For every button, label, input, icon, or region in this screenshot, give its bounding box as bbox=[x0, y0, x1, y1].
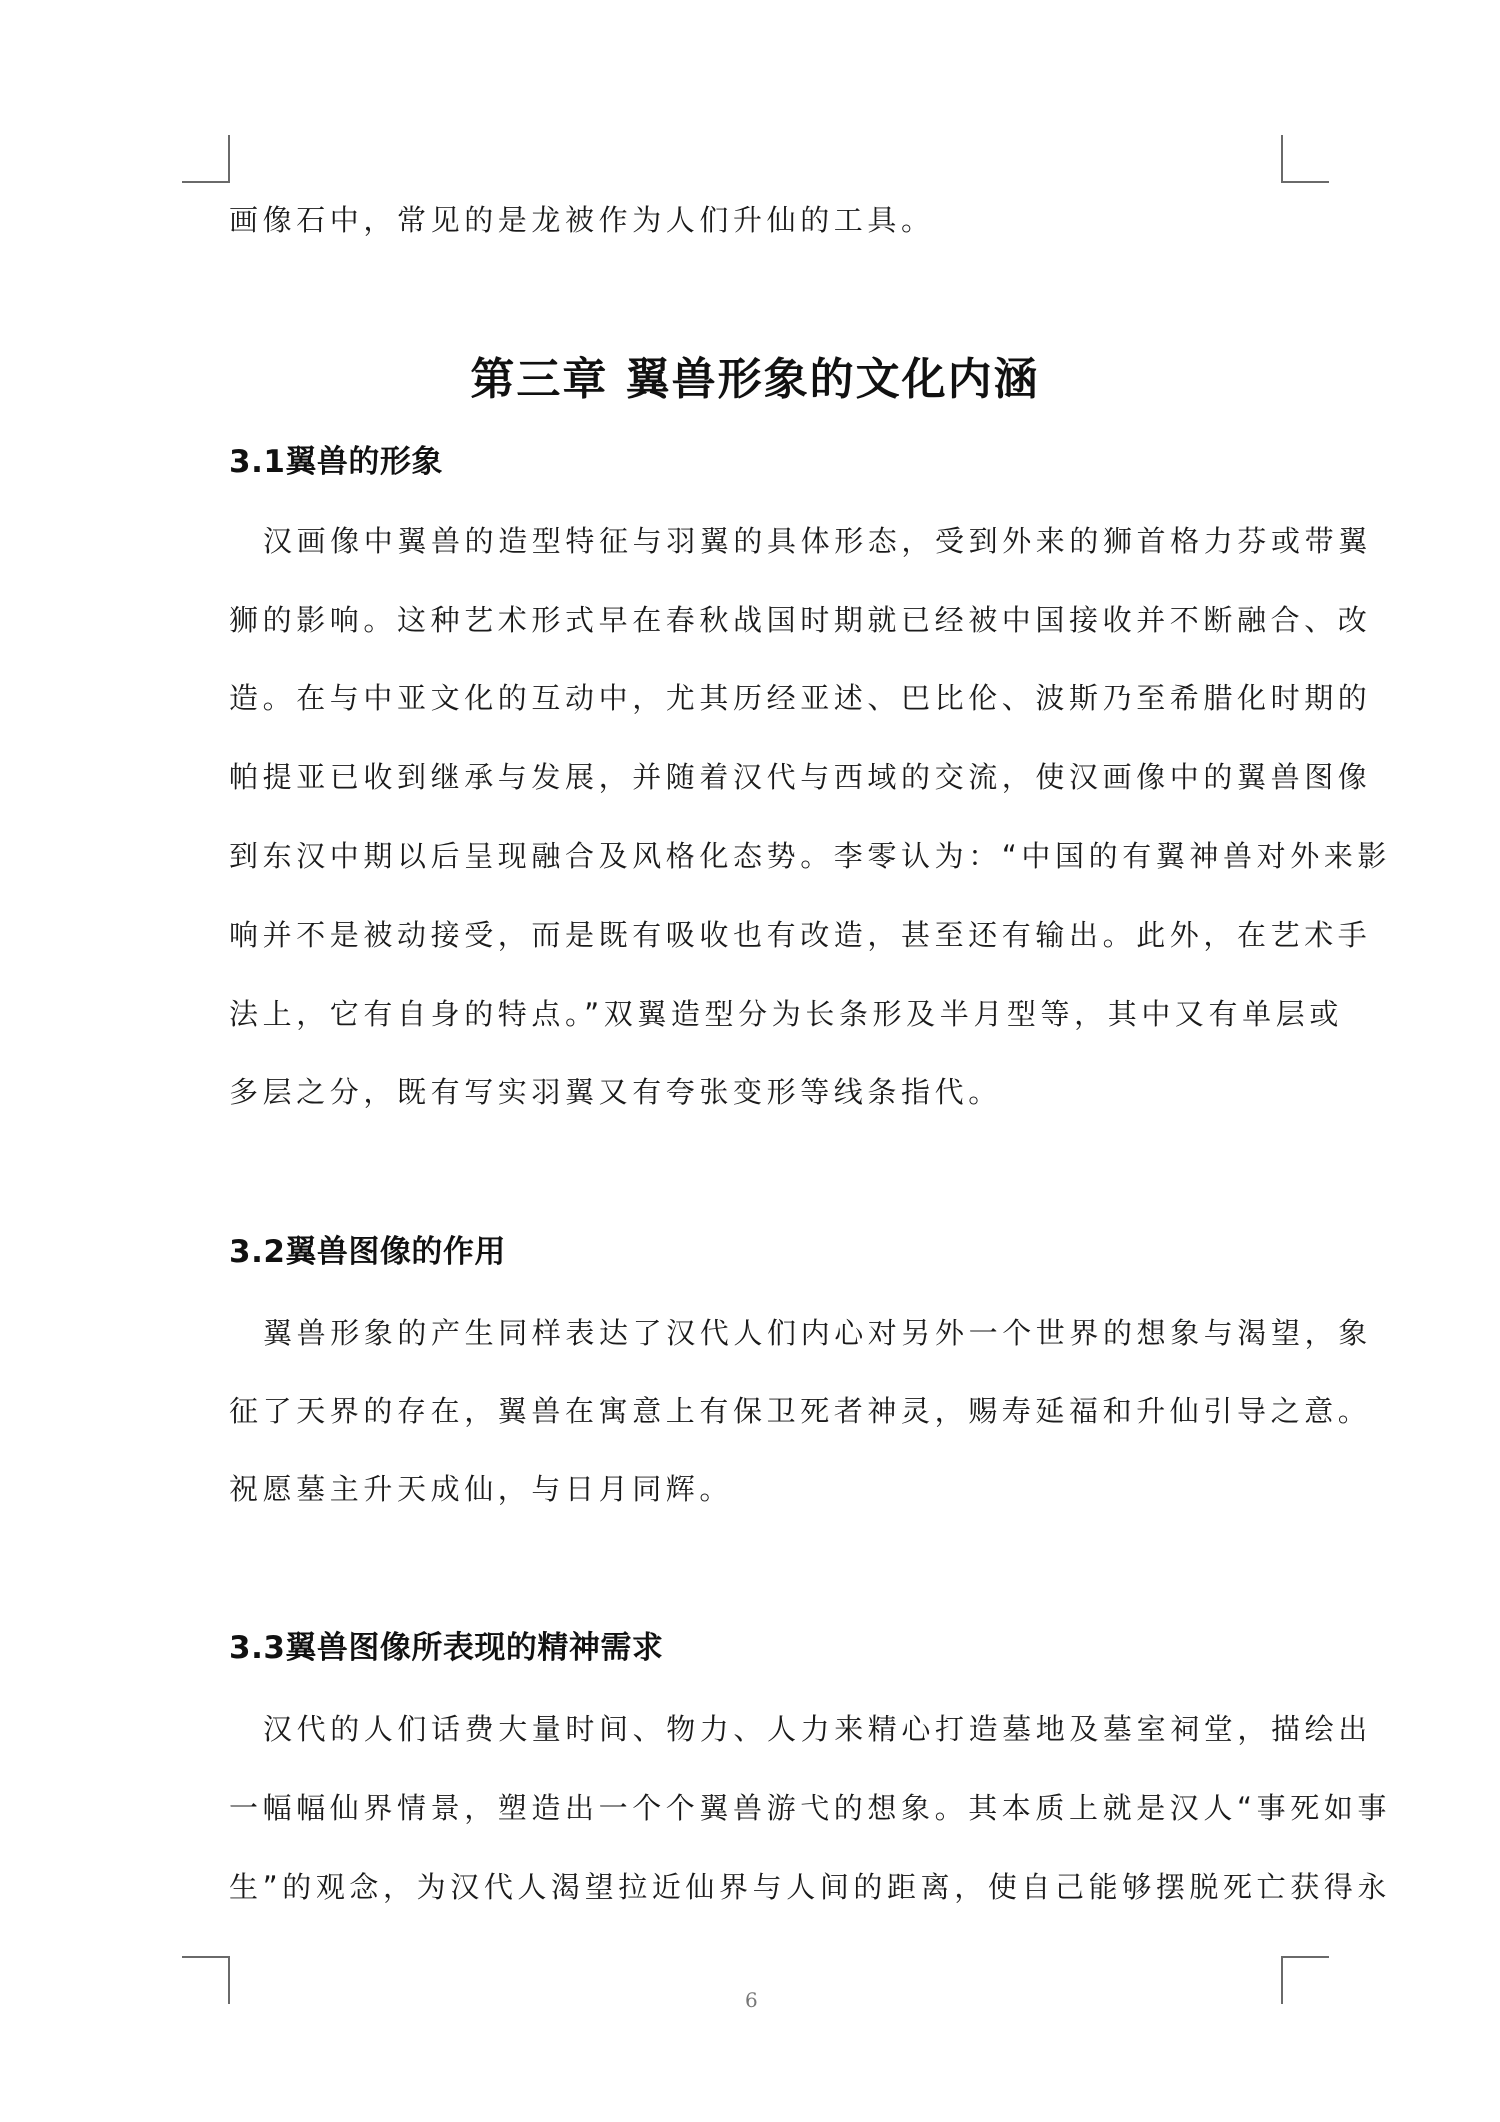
paragraph-line: 造。在与中亚文化的互动中，尤其历经亚述、巴比伦、波斯乃至希腊化时期的 bbox=[229, 678, 1289, 718]
continuation-line: 画像石中，常见的是龙被作为人们升仙的工具。 bbox=[229, 200, 1289, 240]
paragraph-line: 狮的影响。这种艺术形式早在春秋战国时期就已经被中国接收并不断融合、改 bbox=[229, 600, 1289, 640]
section-heading-3-1: 3.1翼兽的形象 bbox=[229, 440, 443, 484]
crop-mark-bottom-left bbox=[182, 1956, 230, 2004]
paragraph-line: 多层之分，既有写实羽翼又有夸张变形等线条指代。 bbox=[229, 1072, 1289, 1112]
paragraph-line: 法上，它有自身的特点。”双翼造型分为长条形及半月型等，其中又有单层或 bbox=[229, 994, 1289, 1034]
paragraph-line: 一幅幅仙界情景，塑造出一个个翼兽游弋的想象。其本质上就是汉人“事死如事 bbox=[229, 1788, 1289, 1828]
paragraph-line: 响并不是被动接受，而是既有吸收也有改造，甚至还有输出。此外，在艺术手 bbox=[229, 915, 1289, 955]
crop-mark-bottom-right bbox=[1281, 1956, 1329, 2004]
paragraph-line: 祝愿墓主升天成仙，与日月同辉。 bbox=[229, 1469, 1289, 1509]
paragraph-line: 翼兽形象的产生同样表达了汉代人们内心对另外一个世界的想象与渴望，象 bbox=[229, 1313, 1323, 1353]
crop-mark-top-left bbox=[182, 135, 230, 183]
paragraph-line: 汉画像中翼兽的造型特征与羽翼的具体形态，受到外来的狮首格力芬或带翼 bbox=[229, 521, 1323, 561]
section-heading-3-3: 3.3翼兽图像所表现的精神需求 bbox=[229, 1626, 663, 1670]
paragraph-line: 帕提亚已收到继承与发展，并随着汉代与西域的交流，使汉画像中的翼兽图像 bbox=[229, 757, 1289, 797]
paragraph-line: 汉代的人们话费大量时间、物力、人力来精心打造墓地及墓室祠堂，描绘出 bbox=[229, 1709, 1323, 1749]
paragraph-line: 到东汉中期以后呈现融合及风格化态势。李零认为：“中国的有翼神兽对外来影 bbox=[229, 836, 1289, 876]
section-heading-3-2: 3.2翼兽图像的作用 bbox=[229, 1230, 506, 1274]
paragraph-line: 征了天界的存在，翼兽在寓意上有保卫死者神灵，赐寿延福和升仙引导之意。 bbox=[229, 1391, 1289, 1431]
page-number: 6 bbox=[745, 1988, 758, 2012]
crop-mark-top-right bbox=[1281, 135, 1329, 183]
paragraph-line: 生”的观念，为汉代人渴望拉近仙界与人间的距离，使自己能够摆脱死亡获得永 bbox=[229, 1867, 1289, 1907]
chapter-title: 第三章 翼兽形象的文化内涵 bbox=[0, 352, 1500, 408]
